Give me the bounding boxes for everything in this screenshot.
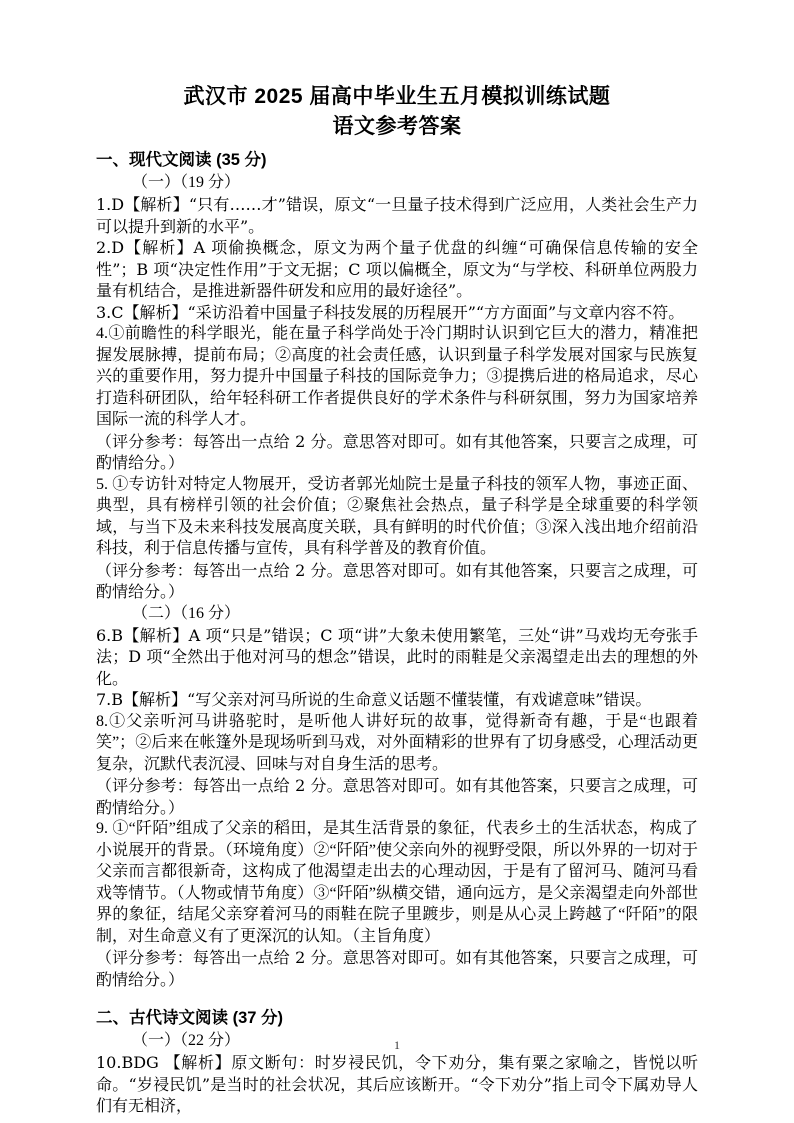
part-1-1-label: （一）（19 分）	[96, 172, 698, 194]
answer-q10: 10.BDG 【解析】原文断句：时岁祲民饥，令下劝分，集有粟之家喻之，皆悦以听命…	[96, 1052, 698, 1117]
answer-q5: 5. ①专访针对特定人物展开，受访者郭光灿院士是量子科技的领军人物，事迹正面、典…	[96, 474, 698, 560]
answer-q3: 3.C【解析】“采访沿着中国量子科技发展的历程展开”“方方面面”与文章内容不符。	[96, 302, 698, 324]
answer-q1: 1.D【解析】“只有……才”错误，原文“一旦量子技术得到广泛应用，人类社会生产力…	[96, 194, 698, 237]
answer-q7: 7.B【解析】“写父亲对河马所说的生命意义话题不懂装懂，有戏谑意味”错误。	[96, 689, 698, 711]
part-1-2-label: （二）（16 分）	[96, 603, 698, 625]
page-title: 武汉市 2025 届高中毕业生五月模拟训练试题	[96, 82, 698, 112]
answer-q8: 8.①父亲听河马讲骆驼时，是听他人讲好玩的故事，觉得新奇有趣，于是“也跟着笑”；…	[96, 711, 698, 776]
answer-q2: 2.D【解析】A 项偷换概念，原文为两个量子优盘的纠缠“可确保信息传输的安全性”…	[96, 237, 698, 302]
section-1-heading: 一、现代文阅读 (35 分)	[96, 148, 698, 172]
scoring-note-q9: （评分参考：每答出一点给 2 分。意思答对即可。如有其他答案，只要言之成理，可酌…	[96, 947, 698, 990]
answer-q6: 6.B【解析】A 项“只是”错误；C 项“讲”大象未使用繁笔，三处“讲”马戏均无…	[96, 625, 698, 690]
page-number: 1	[0, 1038, 794, 1053]
answer-q4: 4.①前瞻性的科学眼光，能在量子科学尚处于冷门期时认识到它巨大的潜力，精准把握发…	[96, 323, 698, 431]
exam-answer-page: 武汉市 2025 届高中毕业生五月模拟训练试题 语文参考答案 一、现代文阅读 (…	[0, 0, 794, 1123]
scoring-note-q8: （评分参考：每答出一点给 2 分。意思答对即可。如有其他答案，只要言之成理，可酌…	[96, 775, 698, 818]
section-2-heading: 二、古代诗文阅读 (37 分)	[96, 1006, 698, 1030]
answer-q9: 9. ①“阡陌”组成了父亲的稻田，是其生活背景的象征，代表乡土的生活状态，构成了…	[96, 818, 698, 947]
scoring-note-q4: （评分参考：每答出一点给 2 分。意思答对即可。如有其他答案，只要言之成理，可酌…	[96, 431, 698, 474]
page-subtitle: 语文参考答案	[96, 112, 698, 142]
scoring-note-q5: （评分参考：每答出一点给 2 分。意思答对即可。如有其他答案，只要言之成理，可酌…	[96, 560, 698, 603]
